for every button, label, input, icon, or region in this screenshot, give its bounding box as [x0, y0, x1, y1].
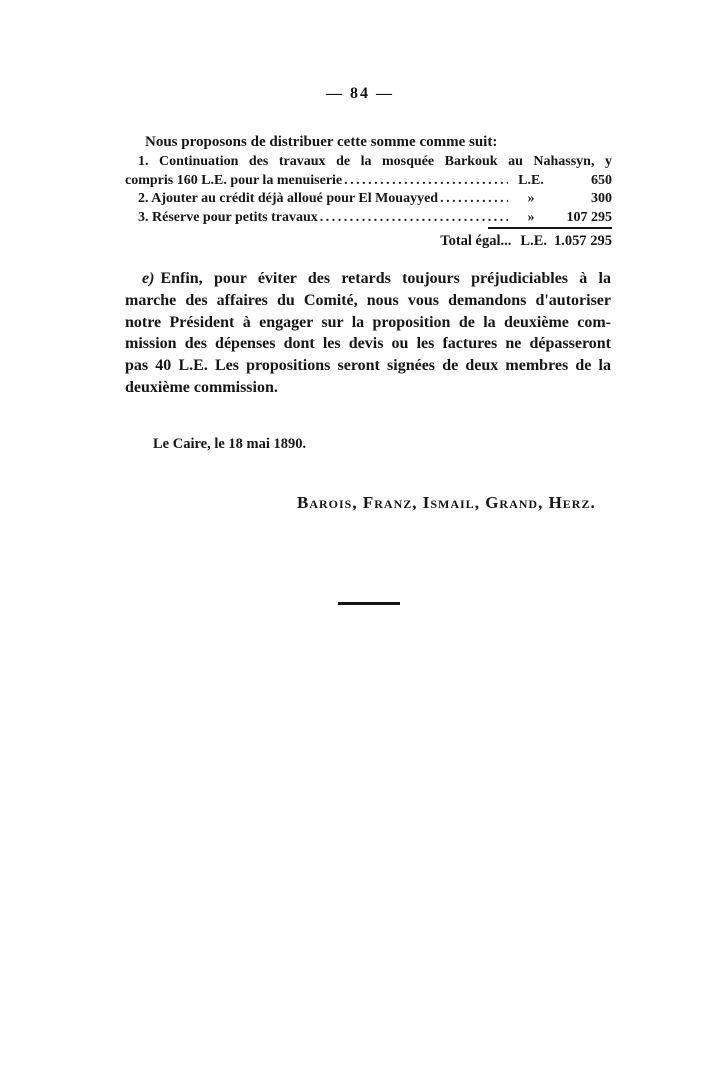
end-rule — [338, 602, 400, 605]
list-item: 2. Ajouter au crédit déjà alloué pour El… — [125, 190, 612, 209]
signatures-line: Barois, Franz, Ismail, Grand, Herz. — [297, 493, 596, 513]
paragraph-e-line: marche des affaires du Comité, nous vous… — [125, 290, 611, 312]
paragraph-e-line: notre Président à engager sur la proposi… — [125, 312, 611, 334]
dot-leader: ........................................ — [344, 172, 508, 191]
place-date-line: Le Caire, le 18 mai 1890. — [153, 436, 306, 453]
list-item: 3. Réserve pour petits travaux .........… — [125, 209, 612, 228]
dot-leader: ........................................ — [440, 190, 508, 209]
amount-value: 300 — [552, 190, 612, 209]
total-label: Total égal... — [440, 233, 511, 249]
item-3-text: 3. Réserve pour petits travaux — [125, 209, 318, 228]
item-1-amount-row: compris 160 L.E. pour la menuiserie ....… — [125, 172, 612, 191]
page-number: — 84 — — [0, 85, 720, 103]
dot-leader: ........................................ — [320, 209, 508, 228]
item-1-line-2: compris 160 L.E. pour la menuiserie — [125, 172, 342, 191]
total-amount: 1.057 295 — [554, 233, 612, 249]
amount-value: 650 — [552, 172, 612, 191]
currency-ditto-mark: » — [510, 190, 552, 209]
item-2-text: 2. Ajouter au crédit déjà alloué pour El… — [125, 190, 438, 209]
paragraph-e-marker: e) — [142, 270, 154, 287]
paragraph-e-line-text: Enfin, pour éviter des retards toujours … — [160, 270, 611, 287]
paragraph-e-line: pas 40 L.E. Les propositions seront sign… — [125, 355, 611, 377]
total-rule — [488, 227, 612, 229]
paragraph-e: e)Enfin, pour éviter des retards toujour… — [125, 268, 611, 399]
currency-ditto-mark: » — [510, 209, 552, 228]
allocation-list: 1. Continuation des travaux de la mosqué… — [125, 153, 612, 227]
paragraph-e-line: e)Enfin, pour éviter des retards toujour… — [125, 268, 611, 290]
amount-value: 107 295 — [552, 209, 612, 228]
paragraph-e-line: mission des dépenses dont les devis ou l… — [125, 333, 611, 355]
document-page: — 84 — Nous proposons de distribuer cett… — [0, 0, 720, 1082]
intro-paragraph: Nous proposons de distribuer cette somme… — [125, 134, 611, 151]
total-currency: L.E. — [520, 233, 547, 249]
currency-label: L.E. — [510, 172, 552, 191]
paragraph-e-line: deuxième commission. — [125, 377, 611, 399]
list-item: 1. Continuation des travaux de la mosqué… — [125, 153, 612, 190]
total-row: Total égal...L.E.1.057 295 — [125, 233, 612, 250]
item-1-line-1: 1. Continuation des travaux de la mosqué… — [125, 153, 612, 172]
